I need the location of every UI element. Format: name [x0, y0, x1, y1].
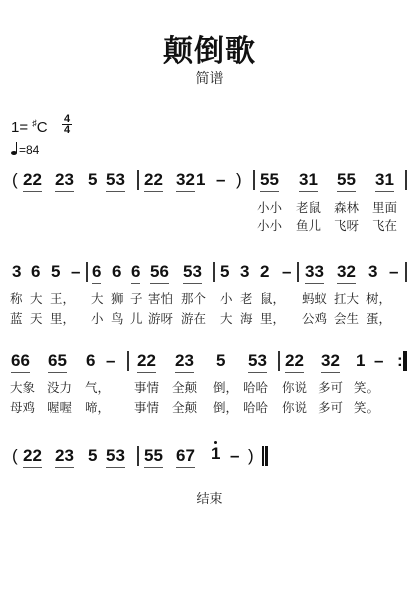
- repeat-dots: :: [397, 351, 403, 371]
- lyric: 老鼠: [296, 198, 321, 216]
- dash: –: [216, 170, 225, 190]
- bar-line: [213, 262, 215, 282]
- lyric: 鸟: [111, 309, 124, 327]
- key-note: C: [37, 119, 48, 136]
- dash: –: [282, 262, 291, 282]
- tempo-marking: =84: [11, 143, 39, 157]
- note-group: 32: [337, 262, 356, 284]
- close-paren: ): [236, 170, 242, 190]
- lyric: 森林: [334, 198, 359, 216]
- note: 6: [31, 262, 40, 282]
- dash: –: [230, 446, 239, 466]
- lyric: 大象: [10, 378, 35, 396]
- dash: –: [106, 351, 115, 371]
- lyric: 你说: [282, 378, 307, 396]
- note-group: 22: [285, 351, 304, 373]
- note-group: 32: [321, 351, 340, 373]
- note-group: 22: [144, 170, 163, 192]
- lyric: 多可: [318, 378, 343, 396]
- note-group: 33: [305, 262, 324, 284]
- lyric: 狮: [111, 289, 124, 307]
- note-group: 65: [48, 351, 67, 373]
- high-note: 1: [211, 444, 220, 464]
- lyric: 海: [240, 309, 253, 327]
- bar-line: [137, 446, 139, 466]
- note-group: 23: [175, 351, 194, 373]
- lyric: 小小: [257, 198, 282, 216]
- lyric: 害怕: [148, 289, 173, 307]
- time-bottom: 4: [62, 125, 72, 135]
- note-group: 53: [183, 262, 202, 284]
- dash: –: [374, 351, 383, 371]
- high-note-digit: 1: [211, 444, 220, 463]
- lyric: 小: [220, 289, 233, 307]
- end-label: 结束: [0, 488, 419, 507]
- lyric: 游在: [181, 309, 206, 327]
- key-prefix: 1=: [11, 119, 28, 136]
- music-line-1: ( 22 23 5 53 22 32 1 – ) 55 31 55 31: [0, 170, 419, 194]
- note: 1: [356, 351, 365, 371]
- lyric: 笑。: [354, 378, 379, 396]
- bar-line: [137, 170, 139, 190]
- note: 5: [88, 170, 97, 190]
- note-group: 53: [248, 351, 267, 373]
- lyric: 哈哈: [243, 398, 268, 416]
- note: 6: [86, 351, 95, 371]
- note: 1: [196, 170, 205, 190]
- tempo-value: =84: [19, 143, 39, 157]
- lyric: 全颠: [172, 378, 197, 396]
- lyric: 游呀: [148, 309, 173, 327]
- note-group: 55: [260, 170, 279, 192]
- lyric: 事情: [134, 378, 159, 396]
- note: 5: [51, 262, 60, 282]
- note-group: 31: [375, 170, 394, 192]
- note-group: 23: [55, 170, 74, 192]
- note: 5: [220, 262, 229, 282]
- note-group: 67: [176, 446, 195, 468]
- lyric: 喔喔: [47, 398, 72, 416]
- note-group: 56: [150, 262, 169, 284]
- lyric: 全颠: [172, 398, 197, 416]
- lyric: 蚂蚁: [302, 289, 327, 307]
- lyric: 树，: [366, 289, 391, 307]
- lyric: 里，: [50, 309, 75, 327]
- note-group: 31: [299, 170, 318, 192]
- note: 6: [92, 262, 101, 284]
- note: 6: [131, 262, 140, 284]
- lyric: 老: [240, 289, 253, 307]
- lyric: 倒，: [213, 378, 238, 396]
- note: 2: [260, 262, 269, 282]
- note-group: 22: [23, 170, 42, 192]
- lyric: 大: [91, 289, 104, 307]
- note-group: 53: [106, 170, 125, 192]
- music-line-2: 3 6 5 – 6 6 6 56 53 5 3 2 – 33 32 3 –: [0, 262, 419, 286]
- lyric: 母鸡: [10, 398, 35, 416]
- lyric: 天: [30, 309, 43, 327]
- lyric: 扛大: [334, 289, 359, 307]
- time-signature: 4 4: [62, 114, 72, 135]
- lyric: 大: [220, 309, 233, 327]
- lyric: 会生: [334, 309, 359, 327]
- note-group: 22: [23, 446, 42, 468]
- lyric: 哈哈: [243, 378, 268, 396]
- bar-line: [86, 262, 88, 282]
- open-paren: (: [12, 446, 18, 466]
- repeat-barline: [403, 351, 407, 371]
- lyric: 飞呀: [334, 216, 359, 234]
- note: 5: [88, 446, 97, 466]
- lyric: 笑。: [354, 398, 379, 416]
- note: 3: [240, 262, 249, 282]
- bar-line: [405, 170, 407, 190]
- key-signature: 1= ♯C: [11, 118, 48, 136]
- quarter-note-icon: [11, 151, 17, 155]
- lyric: 称: [10, 289, 23, 307]
- lyric: 那个: [181, 289, 206, 307]
- note: 3: [12, 262, 21, 282]
- lyric: 小: [91, 309, 104, 327]
- song-title: 颠倒歌: [0, 26, 419, 70]
- lyric: 蓝: [10, 309, 23, 327]
- song-subtitle: 简谱: [0, 68, 419, 88]
- final-barline-thin: [262, 446, 264, 466]
- lyric: 公鸡: [302, 309, 327, 327]
- bar-line: [297, 262, 299, 282]
- final-barline-thick: [265, 446, 268, 466]
- bar-line: [253, 170, 255, 190]
- open-paren: (: [12, 170, 18, 190]
- lyric: 大: [30, 289, 43, 307]
- close-paren: ): [248, 446, 254, 466]
- lyric: 没力: [47, 378, 72, 396]
- lyric: 王，: [50, 289, 75, 307]
- lyric: 子: [130, 289, 143, 307]
- note-group: 66: [11, 351, 30, 373]
- lyric: 气，: [85, 378, 110, 396]
- lyric: 鱼儿: [296, 216, 321, 234]
- lyric: 飞在: [372, 216, 397, 234]
- note-group: 53: [106, 446, 125, 468]
- note-group: 32: [176, 170, 195, 192]
- high-octave-dot: [214, 441, 217, 444]
- note: 3: [368, 262, 377, 282]
- lyric: 啼，: [85, 398, 110, 416]
- lyric: 儿: [130, 309, 143, 327]
- note: 5: [216, 351, 225, 371]
- lyric: 你说: [282, 398, 307, 416]
- lyric: 里面: [372, 198, 397, 216]
- music-line-3: 66 65 6 – 22 23 5 53 22 32 1 – :: [0, 351, 419, 375]
- lyric: 小小: [257, 216, 282, 234]
- note-group: 55: [337, 170, 356, 192]
- bar-line: [278, 351, 280, 371]
- bar-line: [405, 262, 407, 282]
- note-group: 22: [137, 351, 156, 373]
- note: 6: [112, 262, 121, 282]
- note-group: 55: [144, 446, 163, 468]
- bar-line: [127, 351, 129, 371]
- dash: –: [389, 262, 398, 282]
- lyric: 蛋，: [366, 309, 391, 327]
- note-group: 23: [55, 446, 74, 468]
- lyric: 鼠，: [260, 289, 285, 307]
- lyric: 倒，: [213, 398, 238, 416]
- music-line-4: ( 22 23 5 53 55 67 1 – ): [0, 446, 419, 470]
- lyric: 多可: [318, 398, 343, 416]
- lyric: 事情: [134, 398, 159, 416]
- dash: –: [71, 262, 80, 282]
- lyric: 里，: [260, 309, 285, 327]
